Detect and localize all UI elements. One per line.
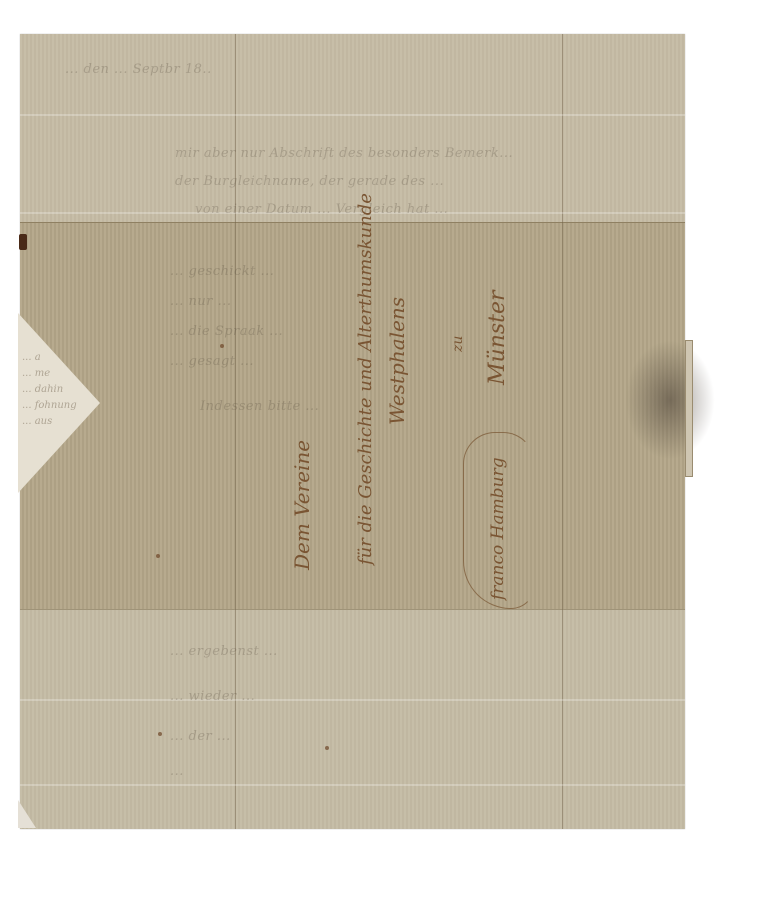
vertical-fold-right [562,34,563,829]
ink-spot [220,344,224,348]
ink-spot [156,554,160,558]
horizontal-crease [20,114,685,116]
bleed-through-line: ... die Spraak ... [170,324,283,339]
bleed-through-date: ... den ... Septbr 18.. [65,62,212,77]
wax-seal-remnant [19,234,27,250]
ink-spot [325,746,329,750]
letter-sheet: ... den ... Septbr 18.. mir aber nur Abs… [20,34,685,829]
water-stain [625,340,715,460]
bleed-through-line: ... ergebenst ... [170,644,278,659]
flap-text: ... a ... me ... dahin ... fohnung ... a… [22,350,77,430]
address-panel [20,222,685,610]
address-line-4: zu [450,336,466,352]
address-line-1: Dem Vereine [290,440,314,570]
bleed-through-line: Indessen bitte ... [200,399,319,414]
bleed-through-line: ... wieder ... [170,689,255,704]
bleed-through-line: von einer Datum ... Vergleich hat ... [195,202,448,217]
bleed-through-line: ... gesagt ... [170,354,254,369]
ink-spot [158,732,162,736]
address-line-3: Westphalens [385,297,409,425]
bottom-fold-panel [20,609,685,829]
bleed-through-line: ... nur ... [170,294,232,309]
bleed-through-line: mir aber nur Abschrift des besonders Bem… [175,146,513,161]
address-line-5: Münster [485,290,510,385]
bleed-through-line: der Burgleichname, der gerade des ... [175,174,444,189]
folded-corner [18,800,36,828]
address-line-2: für die Geschichte und Alterthumskunde [355,193,376,565]
horizontal-crease [20,784,685,786]
seal-tab [685,340,693,477]
bleed-through-line: ... [170,764,184,779]
horizontal-crease [20,699,685,701]
bleed-through-line: ... geschickt ... [170,264,274,279]
bleed-through-line: ... der ... [170,729,231,744]
postal-note: franco Hamburg [488,457,508,600]
